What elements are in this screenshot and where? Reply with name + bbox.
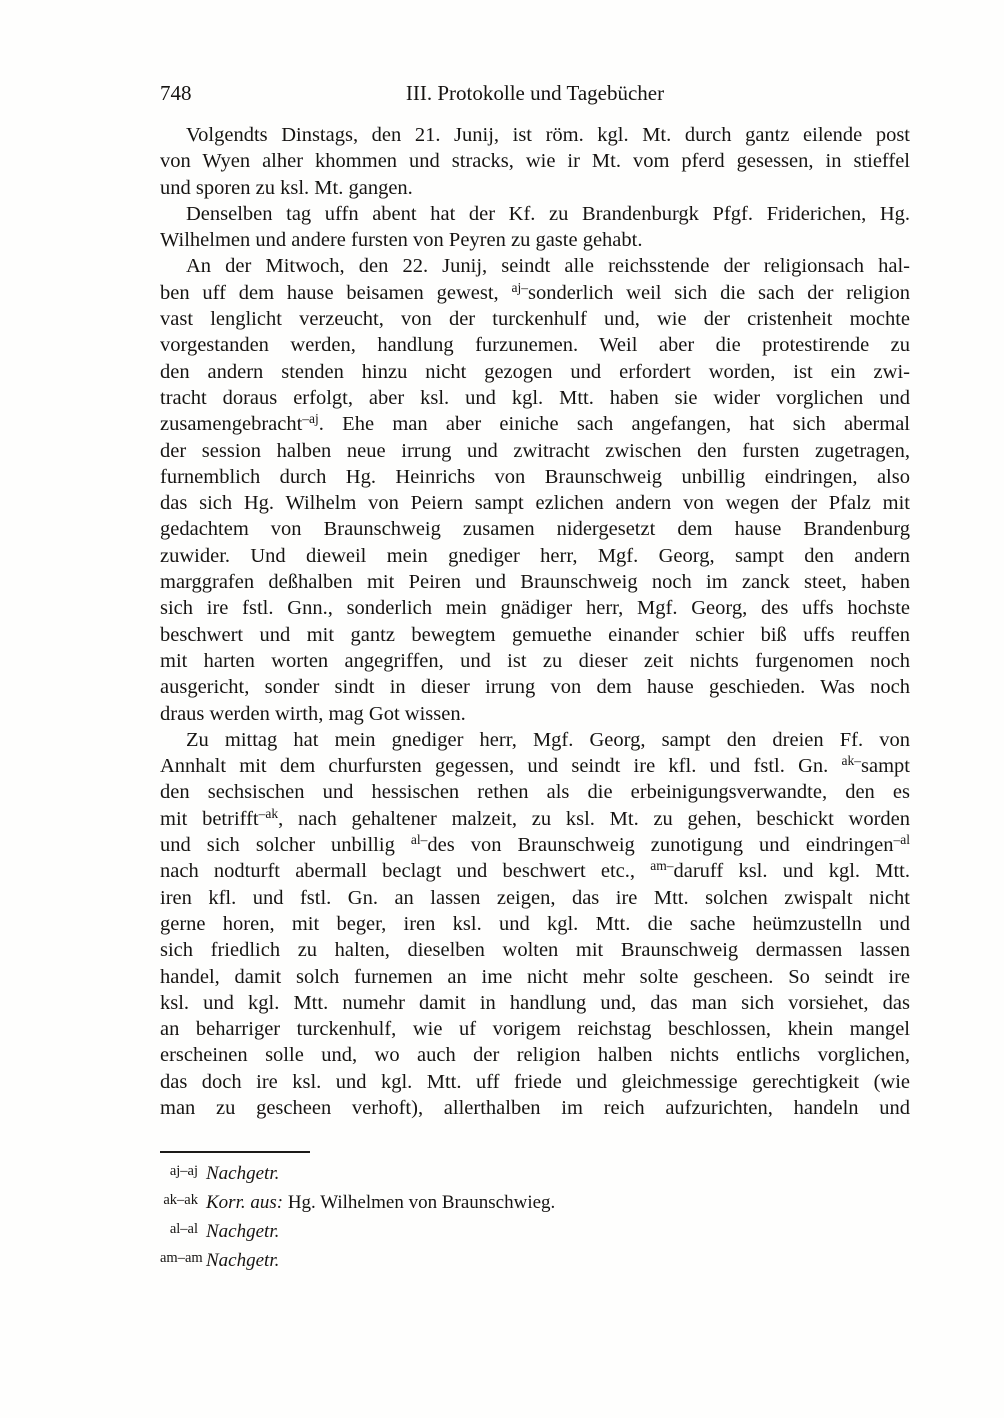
text-line: Zu mittag hat mein gnediger herr, Mgf. G… bbox=[160, 727, 910, 753]
footnote-list: aj–ajNachgetr.ak–akKorr. aus: Hg. Wilhel… bbox=[160, 1160, 910, 1276]
text-line: man zu gescheen verhoft), allerthalben i… bbox=[160, 1095, 910, 1121]
footnote-marker: ak–ak bbox=[160, 1187, 198, 1214]
text-line: draus werden wirth, mag Got wissen. bbox=[160, 701, 910, 727]
footnote-label: Korr. aus: bbox=[206, 1192, 283, 1213]
footnote-label: Nachgetr. bbox=[206, 1250, 279, 1271]
footnote-marker: al–al bbox=[160, 1216, 198, 1243]
text-line: vast lenglicht verzeucht, von der turcke… bbox=[160, 306, 910, 332]
text-line: beschwert und mit gantz bewegtem gemueth… bbox=[160, 622, 910, 648]
text-line: nach nodturft abermall beclagt und besch… bbox=[160, 858, 910, 884]
text-line: Wilhelmen und andere fursten von Peyren … bbox=[160, 227, 910, 253]
text-line: das sich Hg. Wilhelm von Peiern sampt ez… bbox=[160, 490, 910, 516]
paragraph: Volgendts Dinstags, den 21. Junij, ist r… bbox=[160, 122, 910, 201]
apparatus-marker: am– bbox=[650, 858, 673, 873]
footnote-item: al–alNachgetr. bbox=[160, 1218, 910, 1247]
footnote-item: am–amNachgetr. bbox=[160, 1247, 910, 1276]
footnote-item: aj–ajNachgetr. bbox=[160, 1160, 910, 1189]
text-line: an beharriger turckenhulf, wie uf vorige… bbox=[160, 1016, 910, 1042]
text-line: iren kfl. und fstl. Gn. an lassen zeigen… bbox=[160, 885, 910, 911]
running-title: III. Protokolle und Tagebücher bbox=[160, 80, 910, 106]
text-block: 748 III. Protokolle und Tagebücher Volge… bbox=[160, 80, 910, 1276]
apparatus-marker: al– bbox=[411, 832, 428, 847]
text-line: furnemblich durch Hg. Heinrichs von Brau… bbox=[160, 464, 910, 490]
body-text: Volgendts Dinstags, den 21. Junij, ist r… bbox=[160, 122, 910, 1121]
text-line: gedachtem von Braunschweig zusamen nider… bbox=[160, 516, 910, 542]
footnote-marker: am–am bbox=[160, 1245, 198, 1272]
text-line: und sporen zu ksl. Mt. gangen. bbox=[160, 175, 910, 201]
paragraph: An der Mitwoch, den 22. Junij, seindt al… bbox=[160, 253, 910, 726]
text-line: mit harten worten angegriffen, und ist z… bbox=[160, 648, 910, 674]
apparatus-marker: –al bbox=[894, 832, 911, 847]
apparatus-marker: aj– bbox=[511, 280, 528, 295]
page-number: 748 bbox=[160, 80, 192, 106]
text-line: zuwider. Und dieweil mein gnediger herr,… bbox=[160, 543, 910, 569]
text-line: ben uff dem hause beisamen gewest, aj–so… bbox=[160, 280, 910, 306]
text-line: ksl. und kgl. Mtt. numehr damit in handl… bbox=[160, 990, 910, 1016]
text-line: handel, damit solch furnemen an ime nich… bbox=[160, 964, 910, 990]
text-line: sich friedlich zu halten, dieselben wolt… bbox=[160, 937, 910, 963]
text-line: Annhalt mit dem churfursten gegessen, un… bbox=[160, 753, 910, 779]
paragraph: Denselben tag uffn abent hat der Kf. zu … bbox=[160, 201, 910, 254]
text-line: den sechsischen und hessischen rethen al… bbox=[160, 779, 910, 805]
text-line: sich ire fstl. Gnn., sonderlich mein gnä… bbox=[160, 595, 910, 621]
footnote-rule bbox=[160, 1151, 310, 1153]
text-line: Denselben tag uffn abent hat der Kf. zu … bbox=[160, 201, 910, 227]
footnote-text: Hg. Wilhelmen von Braunschwieg. bbox=[283, 1192, 555, 1213]
text-line: das doch ire ksl. und kgl. Mtt. uff frie… bbox=[160, 1069, 910, 1095]
text-line: vorgestanden werden, handlung furzunemen… bbox=[160, 332, 910, 358]
text-line: erscheinen solle und, wo auch der religi… bbox=[160, 1042, 910, 1068]
apparatus-marker: ak– bbox=[842, 753, 862, 768]
running-head: 748 III. Protokolle und Tagebücher bbox=[160, 80, 910, 108]
text-line: und sich solcher unbillig al–des von Bra… bbox=[160, 832, 910, 858]
text-line: gerne horen, mit beger, iren ksl. und kg… bbox=[160, 911, 910, 937]
text-line: mit betrifft–ak, nach gehaltener malzeit… bbox=[160, 806, 910, 832]
text-line: ausgericht, sonder sindt in dieser irrun… bbox=[160, 674, 910, 700]
text-line: tracht doraus erfolgt, aber ksl. und kgl… bbox=[160, 385, 910, 411]
apparatus-marker: –ak bbox=[259, 806, 279, 821]
text-line: zusamengebracht–aj. Ehe man aber einiche… bbox=[160, 411, 910, 437]
text-line: von Wyen alher khommen und stracks, wie … bbox=[160, 148, 910, 174]
text-line: marggrafen deßhalben mit Peiren und Brau… bbox=[160, 569, 910, 595]
paragraph: Zu mittag hat mein gnediger herr, Mgf. G… bbox=[160, 727, 910, 1121]
text-line: der session halben neue irrung und zwitr… bbox=[160, 438, 910, 464]
text-line: An der Mitwoch, den 22. Junij, seindt al… bbox=[160, 253, 910, 279]
text-line: den andern stenden hinzu nicht gezogen u… bbox=[160, 359, 910, 385]
book-page: 748 III. Protokolle und Tagebücher Volge… bbox=[0, 0, 1004, 1418]
text-line: Volgendts Dinstags, den 21. Junij, ist r… bbox=[160, 122, 910, 148]
apparatus-marker: –aj bbox=[302, 411, 319, 426]
footnote-item: ak–akKorr. aus: Hg. Wilhelmen von Brauns… bbox=[160, 1189, 910, 1218]
footnote-marker: aj–aj bbox=[160, 1158, 198, 1185]
footnote-label: Nachgetr. bbox=[206, 1221, 279, 1242]
footnote-block: aj–ajNachgetr.ak–akKorr. aus: Hg. Wilhel… bbox=[160, 1151, 910, 1276]
footnote-label: Nachgetr. bbox=[206, 1163, 279, 1184]
